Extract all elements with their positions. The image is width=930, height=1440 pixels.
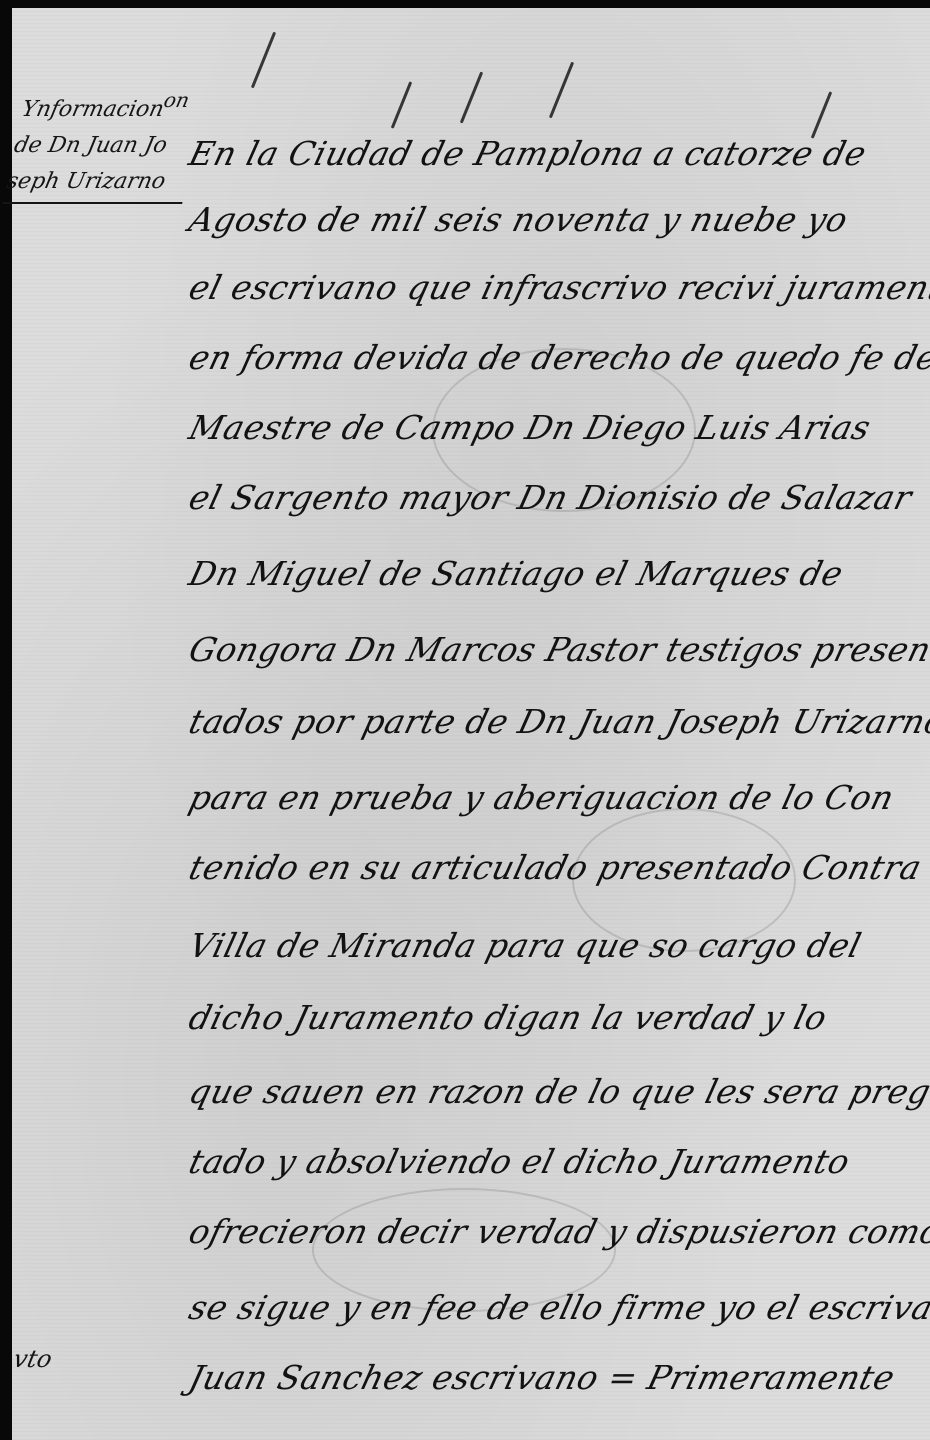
text-line: tados por parte de Dn Juan Joseph Urizar…: [185, 702, 930, 741]
scan-border-top: [0, 0, 930, 8]
text-line: Maestre de Campo Dn Diego Luis Arias: [185, 408, 875, 447]
text-line: que sauen en razon de lo que les sera pr…: [185, 1072, 930, 1111]
text-line: en forma devida de derecho de quedo fe d…: [185, 338, 930, 377]
text-line: Agosto de mil seis noventa y nuebe yo: [185, 200, 852, 239]
text-line: Villa de Miranda para que so cargo del: [185, 926, 865, 965]
text-line: dicho Juramento digan la verdad y lo: [185, 998, 831, 1037]
text-line: para en prueba y aberiguacion de lo Con: [185, 778, 898, 817]
scan-border-left: [0, 0, 12, 1440]
text-line: En la Ciudad de Pamplona a catorze de: [185, 134, 870, 173]
text-line: ofrecieron decir verdad y dispusieron co…: [185, 1212, 930, 1251]
margin-line: de Dn Juan Jo: [11, 128, 199, 164]
folio-mark: vto: [11, 1345, 55, 1373]
text-line: Gongora Dn Marcos Pastor testigos presen…: [185, 630, 930, 669]
text-line: Dn Miguel de Santiago el Marques de: [185, 554, 847, 593]
margin-line: seph Urizarno: [2, 164, 191, 204]
text-line: el escrivano que infrascrivo recivi jura…: [185, 268, 930, 307]
text-line: Juan Sanchez escrivano = Primeramente: [185, 1358, 899, 1397]
margin-annotation: on Ynformacion de Dn Juan Jo seph Urizar…: [2, 92, 206, 204]
text-line: tenido en su articulado presentado Contr…: [185, 848, 930, 887]
text-line: se sigue y en fee de ello firme yo el es…: [185, 1288, 930, 1327]
text-line: el Sargento mayor Dn Dionisio de Salazar: [185, 478, 916, 517]
text-line: tado y absolviendo el dicho Juramento: [185, 1142, 854, 1181]
